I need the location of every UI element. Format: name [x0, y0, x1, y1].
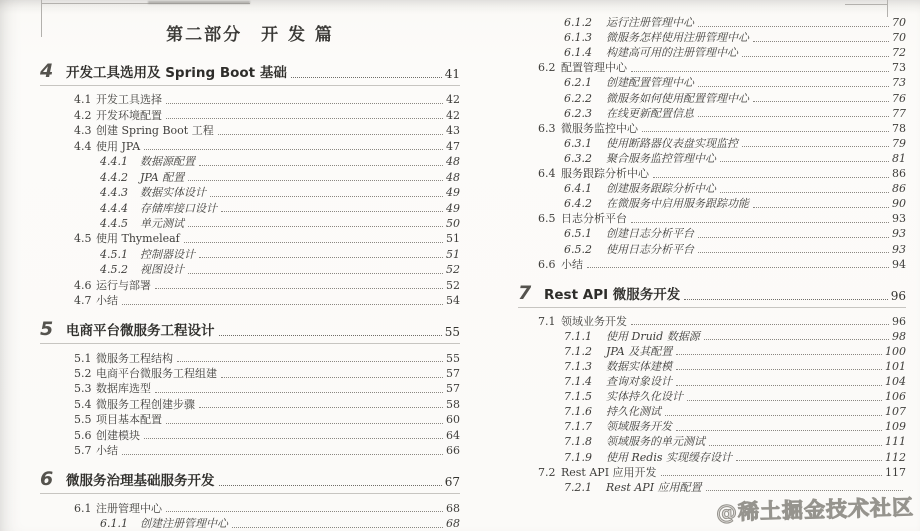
entry-title: 运行注册管理中心	[606, 16, 694, 29]
entry-number: 6.4.1	[564, 182, 606, 195]
toc-entry-4.4.2: 4.4.2JPA 配置48	[40, 168, 460, 183]
entry-number: 4.5.2	[100, 263, 140, 276]
entry-page: 51	[446, 232, 460, 245]
toc-entry-4.4.1: 4.4.1数据源配置48	[40, 153, 460, 168]
entry-page: 93	[892, 243, 906, 256]
entry-page: 109	[885, 420, 906, 433]
entry-title: 注册管理中心	[96, 502, 162, 515]
entry-title: 开发环境配置	[96, 109, 162, 122]
entry-title: 实体持久化设计	[606, 390, 683, 403]
toc-entry-6: 6微服务治理基础服务开发67	[40, 465, 460, 494]
entry-number: 6.5.2	[564, 243, 606, 256]
entry-number: 4.4.4	[100, 202, 140, 215]
entry-number: 6.6	[538, 258, 561, 271]
leader-dots	[166, 511, 443, 512]
toc-entry-4.2: 4.2开发环境配置42	[40, 106, 460, 121]
entry-number: 4	[40, 62, 65, 81]
leader-dots	[166, 103, 443, 104]
leader-dots	[155, 392, 443, 393]
entry-page: 86	[892, 167, 906, 180]
leader-dots	[219, 485, 442, 486]
entry-number: 7.1.5	[564, 390, 606, 403]
entry-title: 使用日志分析平台	[606, 243, 694, 256]
toc-entry-6.1.4: 6.1.4构建高可用的注册管理中心72	[518, 44, 906, 59]
entry-page: 107	[885, 405, 906, 418]
entry-number: 7.1.1	[564, 330, 606, 343]
toc-entry-4.4: 4.4使用 JPA47	[40, 137, 460, 152]
toc-entry-5.4: 5.4微服务工程创建步骤58	[40, 395, 460, 410]
entry-title: 服务跟踪分析中心	[561, 167, 649, 180]
entry-page: 73	[892, 76, 906, 89]
entry-title: 持久化测试	[606, 405, 661, 418]
leader-dots	[676, 369, 882, 370]
entry-page: 48	[446, 155, 460, 168]
toc-left-page: 第二部分 开 发 篇 4开发工具选用及 Spring Boot 基础414.1开…	[40, 8, 460, 530]
entry-title: JPA 配置	[140, 171, 184, 184]
entry-page: 67	[445, 475, 460, 489]
entry-page: 94	[892, 258, 906, 271]
entry-title: 开发工具选择	[96, 93, 162, 106]
toc-entry-4.4.4: 4.4.4存储库接口设计49	[40, 199, 460, 214]
entry-title: 创建模块	[96, 429, 140, 442]
entry-title: 在线更新配置信息	[606, 107, 694, 120]
toc-entry-4.1: 4.1开发工具选择42	[40, 91, 460, 106]
toc-entry-7.1.8: 7.1.8领域服务的单元测试111	[518, 433, 906, 448]
toc-entry-5.2: 5.2电商平台微服务工程组建57	[40, 365, 460, 380]
toc-entry-6.2: 6.2配置管理中心73	[518, 59, 906, 74]
entry-title: 控制器设计	[140, 248, 195, 261]
entry-number: 6.1	[74, 502, 96, 515]
entry-number: 7	[518, 284, 543, 303]
toc-entry-5.6: 5.6创建模块64	[40, 426, 460, 441]
entry-page: 93	[892, 212, 906, 225]
leader-dots	[684, 299, 887, 300]
entry-page: 98	[892, 330, 906, 343]
entry-title: 构建高可用的注册管理中心	[606, 46, 738, 59]
toc-entry-7.2: 7.2Rest API 应用开发117	[518, 464, 906, 479]
entry-title: 创建注册管理中心	[140, 517, 228, 530]
leader-dots	[698, 86, 889, 87]
toc-entry-7.1.6: 7.1.6持久化测试107	[518, 403, 906, 418]
entry-page: 58	[446, 398, 460, 411]
entry-page: 72	[892, 46, 906, 59]
leader-dots	[676, 385, 882, 386]
entry-number: 7.1.9	[564, 451, 606, 464]
entry-title: 使用 Redis 实现缓存设计	[606, 451, 732, 464]
toc-entry-6.5.1: 6.5.1创建日志分析平台93	[518, 225, 906, 240]
toc-entry-6.1: 6.1注册管理中心68	[40, 499, 460, 514]
entry-title: 使用 Druid 数据源	[606, 330, 700, 343]
entry-number: 6.3.2	[564, 152, 606, 165]
toc-entry-6.2.2: 6.2.2微服务如何使用配置管理中心76	[518, 89, 906, 104]
entry-number: 7.1.2	[564, 345, 606, 358]
entry-page: 90	[892, 197, 906, 210]
entry-number: 5.7	[74, 444, 96, 457]
entry-number: 4.5	[74, 232, 96, 245]
entry-title: 日志分析平台	[561, 212, 627, 225]
part-header: 第二部分 开 发 篇	[40, 20, 460, 45]
leader-dots	[676, 430, 882, 431]
toc-entry-6.2.1: 6.2.1创建配置管理中心73	[518, 74, 906, 89]
leader-dots	[218, 134, 443, 135]
entry-page: 104	[885, 375, 906, 388]
toc-entry-4.4.5: 4.4.5单元测试50	[40, 215, 460, 230]
entry-page: 100	[885, 345, 906, 358]
entry-page: 93	[892, 227, 906, 240]
entry-page: 57	[446, 382, 460, 395]
entry-title: 创建日志分析平台	[606, 227, 694, 240]
entry-page: 112	[885, 451, 906, 464]
entry-page: 48	[446, 171, 460, 184]
entry-title: 使用 Thymeleaf	[96, 232, 180, 245]
leader-dots	[720, 192, 889, 193]
entry-number: 7.1.6	[564, 405, 606, 418]
entry-title: 微服务怎样使用注册管理中心	[606, 31, 749, 44]
entry-title: 小结	[561, 258, 583, 271]
leader-dots	[188, 180, 443, 181]
entry-number: 6.2.2	[564, 92, 606, 105]
watermark: @稀土掘金技术社区	[716, 491, 915, 527]
leader-dots	[709, 445, 882, 446]
leader-dots	[122, 454, 443, 455]
entry-title: 开发工具选用及 Spring Boot 基础	[66, 66, 287, 81]
toc-entry-7.1.2: 7.1.2JPA 及其配置100	[518, 343, 906, 358]
entry-number: 4.2	[74, 109, 96, 122]
entry-title: 数据实体设计	[140, 186, 206, 199]
toc-entry-4.5.2: 4.5.2视图设计52	[40, 261, 460, 276]
leader-dots	[631, 222, 889, 223]
toc-entry-6.1.1: 6.1.1创建注册管理中心68	[40, 515, 460, 530]
toc-entry-6.1.3: 6.1.3微服务怎样使用注册管理中心70	[518, 29, 906, 44]
entry-page: 49	[446, 186, 460, 199]
entry-page: 54	[446, 294, 460, 307]
entry-title: 单元测试	[140, 217, 184, 230]
toc-entry-4.5: 4.5使用 Thymeleaf51	[40, 230, 460, 245]
entry-page: 52	[446, 279, 460, 292]
toc-entry-6.5: 6.5日志分析平台93	[518, 210, 906, 225]
leader-dots	[698, 237, 889, 238]
entry-page: 77	[892, 107, 906, 120]
leader-dots	[221, 377, 443, 378]
entry-number: 5.2	[74, 367, 96, 380]
toc-entry-6.6: 6.6小结94	[518, 256, 906, 271]
leader-dots	[122, 304, 443, 305]
toc-entry-4.5.1: 4.5.1控制器设计51	[40, 245, 460, 260]
toc-entry-4: 4开发工具选用及 Spring Boot 基础41	[40, 57, 460, 86]
entry-number: 7.1.4	[564, 375, 606, 388]
entry-page: 68	[446, 517, 460, 530]
entry-number: 4.4.2	[100, 171, 140, 184]
toc-entry-7: 7Rest API 微服务开发96	[518, 279, 906, 308]
entry-title: 使用断路器仪表盘实现监控	[606, 137, 738, 150]
entry-number: 4.4.5	[100, 217, 140, 230]
leader-dots	[199, 257, 443, 258]
entry-title: 电商平台微服务工程组建	[96, 367, 217, 380]
leader-dots	[698, 26, 889, 27]
entry-number: 6.1.4	[564, 46, 606, 59]
entry-page: 111	[885, 435, 906, 448]
entry-title: 创建配置管理中心	[606, 76, 694, 89]
toc-entry-4.3: 4.3创建 Spring Boot 工程43	[40, 122, 460, 137]
entry-number: 4.7	[74, 294, 96, 307]
leader-dots	[736, 460, 882, 461]
leader-dots	[753, 207, 889, 208]
entry-page: 73	[892, 61, 906, 74]
toc-entry-7.1.1: 7.1.1使用 Druid 数据源98	[518, 328, 906, 343]
entry-number: 5.6	[74, 429, 96, 442]
toc-entry-7.2.1: 7.2.1Rest API 应用配置	[518, 479, 906, 494]
entry-page: 76	[892, 92, 906, 105]
toc-entry-5.5: 5.5项目基本配置60	[40, 411, 460, 426]
entry-page: 70	[892, 31, 906, 44]
entry-number: 6	[40, 470, 65, 489]
toc-entry-6.3: 6.3微服务监控中心78	[518, 120, 906, 135]
entry-page: 55	[446, 352, 460, 365]
entry-title: 数据实体建模	[606, 360, 672, 373]
entry-page: 47	[446, 140, 460, 153]
entry-number: 6.5.1	[564, 227, 606, 240]
entry-number: 4.4.3	[100, 186, 140, 199]
leader-dots	[219, 335, 442, 336]
entry-number: 4.5.1	[100, 248, 140, 261]
entry-title: 领域服务的单元测试	[606, 435, 705, 448]
leader-dots	[642, 131, 889, 132]
leader-dots	[742, 146, 889, 147]
leader-dots	[742, 56, 889, 57]
entry-number: 6.4.2	[564, 197, 606, 210]
entry-title: 运行与部署	[96, 279, 151, 292]
entry-number: 6.5	[538, 212, 561, 225]
leader-dots	[155, 288, 443, 289]
toc-entry-6.5.2: 6.5.2使用日志分析平台93	[518, 240, 906, 255]
entry-page: 96	[892, 315, 906, 328]
leader-dots	[587, 267, 889, 268]
entry-title: 数据源配置	[140, 155, 195, 168]
entry-title: 使用 JPA	[96, 140, 140, 153]
entry-page: 78	[892, 122, 906, 135]
entry-title: 小结	[96, 444, 118, 457]
entry-title: 配置管理中心	[561, 61, 627, 74]
toc-entry-6.2.3: 6.2.3在线更新配置信息77	[518, 105, 906, 120]
entry-page: 52	[446, 263, 460, 276]
entry-number: 7.1	[538, 315, 561, 328]
entry-page: 50	[446, 217, 460, 230]
entry-title: 存储库接口设计	[140, 202, 217, 215]
leader-dots	[661, 475, 882, 476]
scan-artifact-top-left-smudge	[148, 1, 250, 4]
entry-number: 6.4	[538, 167, 561, 180]
entry-number: 7.2.1	[564, 481, 606, 494]
toc-entry-6.3.2: 6.3.2聚合服务监控管理中心81	[518, 150, 906, 165]
leader-dots	[706, 490, 903, 491]
entry-page: 51	[446, 248, 460, 261]
toc-entry-7.1.4: 7.1.4查询对象设计104	[518, 373, 906, 388]
entry-page: 57	[446, 367, 460, 380]
toc-right-list: 6.1.2运行注册管理中心706.1.3微服务怎样使用注册管理中心706.1.4…	[518, 14, 906, 494]
entry-title: 聚合服务监控管理中心	[606, 152, 716, 165]
toc-right-page: 6.1.2运行注册管理中心706.1.3微服务怎样使用注册管理中心706.1.4…	[518, 14, 906, 494]
entry-title: 视图设计	[140, 263, 184, 276]
leader-dots	[753, 101, 889, 102]
entry-page: 43	[446, 124, 460, 137]
toc-entry-4.7: 4.7小结54	[40, 292, 460, 307]
entry-page: 70	[892, 16, 906, 29]
toc-entry-7.1.3: 7.1.3数据实体建模101	[518, 358, 906, 373]
scan-artifact-top-right-rule	[845, 4, 888, 5]
entry-page: 41	[445, 67, 460, 81]
entry-number: 7.2	[538, 466, 561, 479]
entry-number: 4.4	[74, 140, 96, 153]
entry-number: 7.1.7	[564, 420, 606, 433]
entry-number: 4.6	[74, 279, 96, 292]
entry-number: 6.1.3	[564, 31, 606, 44]
leader-dots	[687, 400, 882, 401]
entry-page: 101	[885, 360, 906, 373]
entry-number: 5.5	[74, 413, 96, 426]
toc-entry-7.1.5: 7.1.5实体持久化设计106	[518, 388, 906, 403]
toc-entry-6.4.1: 6.4.1创建服务跟踪分析中心86	[518, 180, 906, 195]
entry-number: 6.3	[538, 122, 561, 135]
entry-number: 4.3	[74, 124, 96, 137]
entry-title: 查询对象设计	[606, 375, 672, 388]
leader-dots	[188, 273, 443, 274]
entry-title: 创建服务跟踪分析中心	[606, 182, 716, 195]
leader-dots	[177, 361, 443, 362]
entry-title: 数据库选型	[96, 382, 151, 395]
entry-number: 5.4	[74, 398, 96, 411]
leader-dots	[291, 77, 442, 78]
leader-dots	[184, 242, 443, 243]
entry-page: 117	[885, 466, 906, 479]
entry-number: 6.1.2	[564, 16, 606, 29]
leader-dots	[676, 354, 882, 355]
leader-dots	[221, 211, 443, 212]
toc-entry-5.7: 5.7小结66	[40, 442, 460, 457]
leader-dots	[188, 226, 443, 227]
leader-dots	[232, 527, 443, 528]
toc-entry-6.3.1: 6.3.1使用断路器仪表盘实现监控79	[518, 135, 906, 150]
toc-entry-4.4.3: 4.4.3数据实体设计49	[40, 184, 460, 199]
entry-title: 微服务治理基础服务开发	[66, 474, 215, 489]
entry-page: 42	[446, 109, 460, 122]
leader-dots	[720, 161, 889, 162]
leader-dots	[698, 252, 889, 253]
entry-page: 81	[892, 152, 906, 165]
entry-title: Rest API 应用开发	[561, 466, 657, 479]
entry-title: 电商平台微服务工程设计	[66, 324, 215, 339]
entry-number: 4.4.1	[100, 155, 140, 168]
toc-entry-5.1: 5.1微服务工程结构55	[40, 349, 460, 364]
entry-page: 60	[446, 413, 460, 426]
entry-title: 领域业务开发	[561, 315, 627, 328]
leader-dots	[631, 324, 889, 325]
toc-entry-7.1.9: 7.1.9使用 Redis 实现缓存设计112	[518, 448, 906, 463]
leader-dots	[166, 423, 443, 424]
entry-page: 42	[446, 93, 460, 106]
entry-title: JPA 及其配置	[606, 345, 672, 358]
entry-title: Rest API 应用配置	[606, 481, 702, 494]
entry-number: 4.1	[74, 93, 96, 106]
entry-title: 项目基本配置	[96, 413, 162, 426]
entry-number: 5	[40, 320, 65, 339]
entry-page: 55	[445, 325, 460, 339]
leader-dots	[144, 149, 443, 150]
entry-title: 小结	[96, 294, 118, 307]
entry-title: Rest API 微服务开发	[544, 288, 680, 303]
leader-dots	[753, 41, 889, 42]
leader-dots	[631, 71, 889, 72]
entry-page: 64	[446, 429, 460, 442]
leader-dots	[698, 116, 889, 117]
entry-title: 微服务监控中心	[561, 122, 638, 135]
leader-dots	[210, 196, 443, 197]
entry-page: 96	[891, 289, 906, 303]
entry-page: 49	[446, 202, 460, 215]
toc-entry-7.1.7: 7.1.7领域服务开发109	[518, 418, 906, 433]
toc-entry-6.4: 6.4服务跟踪分析中心86	[518, 165, 906, 180]
toc-left-list: 4开发工具选用及 Spring Boot 基础414.1开发工具选择424.2开…	[40, 57, 460, 530]
leader-dots	[166, 118, 443, 119]
leader-dots	[199, 165, 443, 166]
entry-number: 5.3	[74, 382, 96, 395]
entry-number: 7.1.3	[564, 360, 606, 373]
entry-number: 6.1.1	[100, 517, 140, 530]
entry-title: 微服务如何使用配置管理中心	[606, 92, 749, 105]
toc-entry-6.4.2: 6.4.2在微服务中启用服务跟踪功能90	[518, 195, 906, 210]
entry-title: 创建 Spring Boot 工程	[96, 124, 214, 137]
leader-dots	[704, 339, 889, 340]
entry-number: 7.1.8	[564, 435, 606, 448]
entry-number: 5.1	[74, 352, 96, 365]
toc-entry-5: 5电商平台微服务工程设计55	[40, 315, 460, 344]
toc-entry-7.1: 7.1领域业务开发96	[518, 313, 906, 328]
scanned-book-toc-page: 第二部分 开 发 篇 4开发工具选用及 Spring Boot 基础414.1开…	[0, 0, 920, 531]
leader-dots	[199, 407, 443, 408]
leader-dots	[665, 415, 882, 416]
entry-title: 在微服务中启用服务跟踪功能	[606, 197, 749, 210]
entry-number: 6.2	[538, 61, 561, 74]
entry-number: 6.2.1	[564, 76, 606, 89]
entry-page: 66	[446, 444, 460, 457]
entry-title: 微服务工程创建步骤	[96, 398, 195, 411]
entry-title: 领域服务开发	[606, 420, 672, 433]
entry-page: 106	[885, 390, 906, 403]
entry-page: 68	[446, 502, 460, 515]
entry-number: 6.2.3	[564, 107, 606, 120]
entry-number: 6.3.1	[564, 137, 606, 150]
entry-page: 79	[892, 137, 906, 150]
entry-page: 86	[892, 182, 906, 195]
leader-dots	[144, 438, 443, 439]
toc-entry-5.3: 5.3数据库选型57	[40, 380, 460, 395]
leader-dots	[653, 177, 889, 178]
toc-entry-4.6: 4.6运行与部署52	[40, 276, 460, 291]
toc-entry-6.1.2: 6.1.2运行注册管理中心70	[518, 14, 906, 29]
entry-title: 微服务工程结构	[96, 352, 173, 365]
